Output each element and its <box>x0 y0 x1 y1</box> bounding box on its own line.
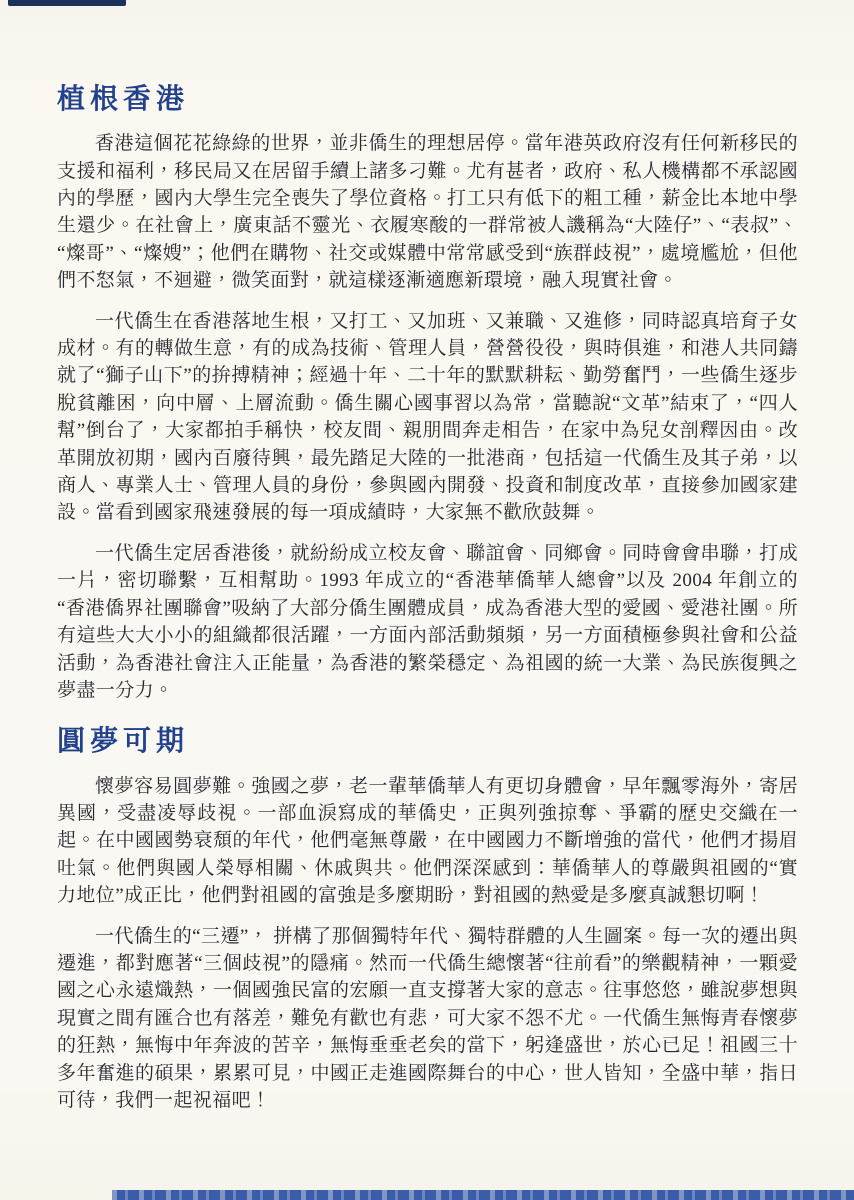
paragraph: 一代僑生的“三遷”， 拼構了那個獨特年代、獨特群體的人生圖案。每一次的遷出與遷進… <box>57 923 798 1115</box>
bottom-edge-decor-bar <box>112 1190 854 1200</box>
section-dream-fulfillment: 圓夢可期 懷夢容易圓夢難。強國之夢，老一輩華僑華人有更切身體會，早年飄零海外，寄… <box>57 726 798 1114</box>
section-heading-rooted-in-hong-kong: 植根香港 <box>57 84 798 116</box>
paragraph: 一代僑生定居香港後，就紛紛成立校友會、聯誼會、同鄉會。同時會會串聯，打成一片，密… <box>57 540 798 704</box>
paragraph: 香港這個花花綠綠的世界，並非僑生的理想居停。當年港英政府沒有任何新移民的支援和福… <box>57 130 798 294</box>
page-content: 植根香港 香港這個花花綠綠的世界，並非僑生的理想居停。當年港英政府沒有任何新移民… <box>57 84 798 1127</box>
paragraph: 懷夢容易圓夢難。強國之夢，老一輩華僑華人有更切身體會，早年飄零海外，寄居異國，受… <box>57 773 798 910</box>
section-heading-dream-fulfillment: 圓夢可期 <box>57 726 798 758</box>
section-rooted-in-hong-kong: 植根香港 香港這個花花綠綠的世界，並非僑生的理想居停。當年港英政府沒有任何新移民… <box>57 84 798 704</box>
document-page: 植根香港 香港這個花花綠綠的世界，並非僑生的理想居停。當年港英政府沒有任何新移民… <box>0 0 854 1200</box>
paragraph: 一代僑生在香港落地生根，又打工、又加班、又兼職、又進修，同時認真培育子女成材。有… <box>57 308 798 527</box>
top-edge-decor-bar <box>8 0 126 6</box>
